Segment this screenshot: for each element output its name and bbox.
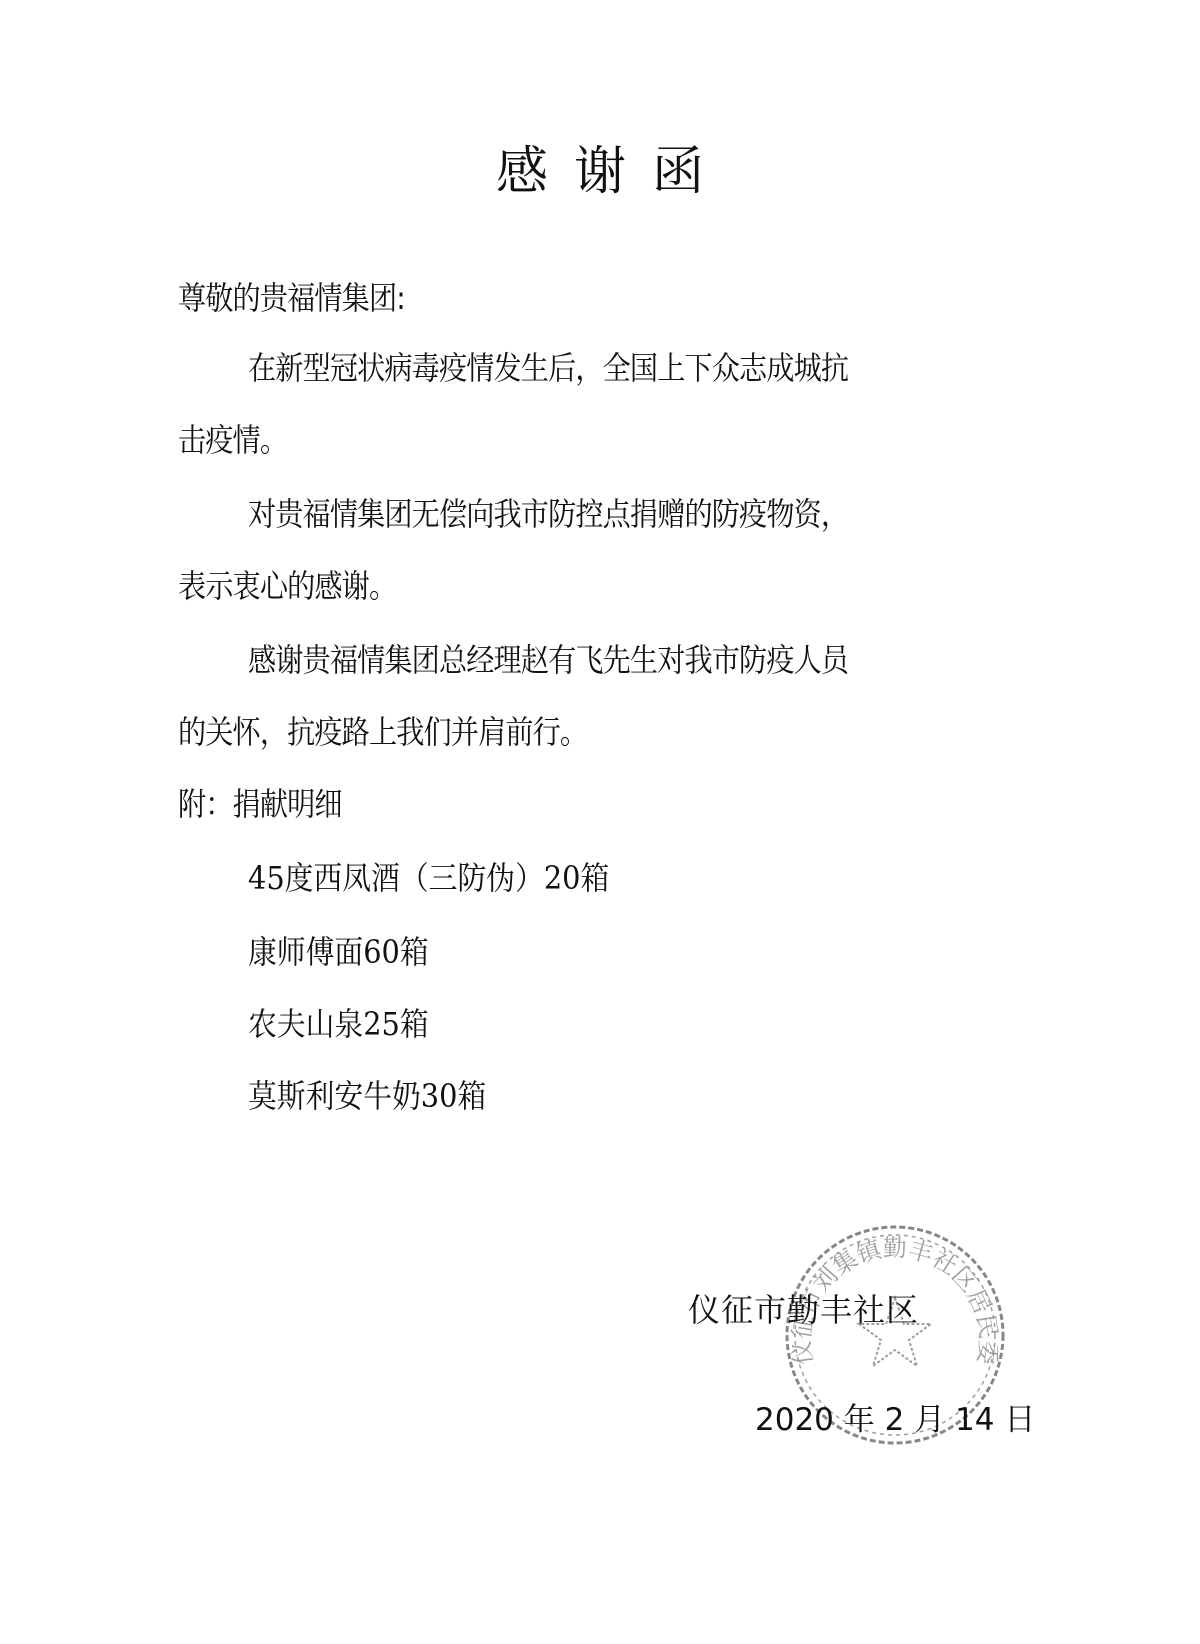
donation-item: 45度西凤酒（三防伪）20箱 (248, 858, 609, 898)
donation-item: 农夫山泉25箱 (248, 1004, 429, 1044)
paragraph-3-line-1: 感谢贵福情集团总经理赵有飞先生对我市防疫人员 (248, 640, 848, 680)
paragraph-1-line-1: 在新型冠状病毒疫情发生后，全国上下众志成城抗 (248, 348, 848, 388)
paragraph-3-line-2: 的关怀，抗疫路上我们并肩前行。 (178, 712, 587, 752)
salutation: 尊敬的贵福情集团: (178, 278, 405, 318)
signature-organization: 仪征市勤丰社区 (688, 1290, 919, 1330)
page-title: 感谢函 (0, 140, 1200, 204)
donation-item: 莫斯利安牛奶30箱 (248, 1076, 486, 1116)
attachment-label: 附：捐献明细 (178, 784, 342, 824)
signature-date: 2020 年 2 月 14 日 (755, 1400, 1035, 1440)
paragraph-2-line-2: 表示衷心的感谢。 (178, 566, 396, 606)
letter-page: 感谢函 尊敬的贵福情集团: 在新型冠状病毒疫情发生后，全国上下众志成城抗 击疫情… (0, 0, 1200, 1644)
paragraph-2-line-1: 对贵福情集团无偿向我市防控点捐赠的防疫物资， (248, 494, 848, 534)
paragraph-1-line-2: 击疫情。 (178, 420, 287, 460)
donation-item: 康师傅面60箱 (248, 932, 429, 972)
